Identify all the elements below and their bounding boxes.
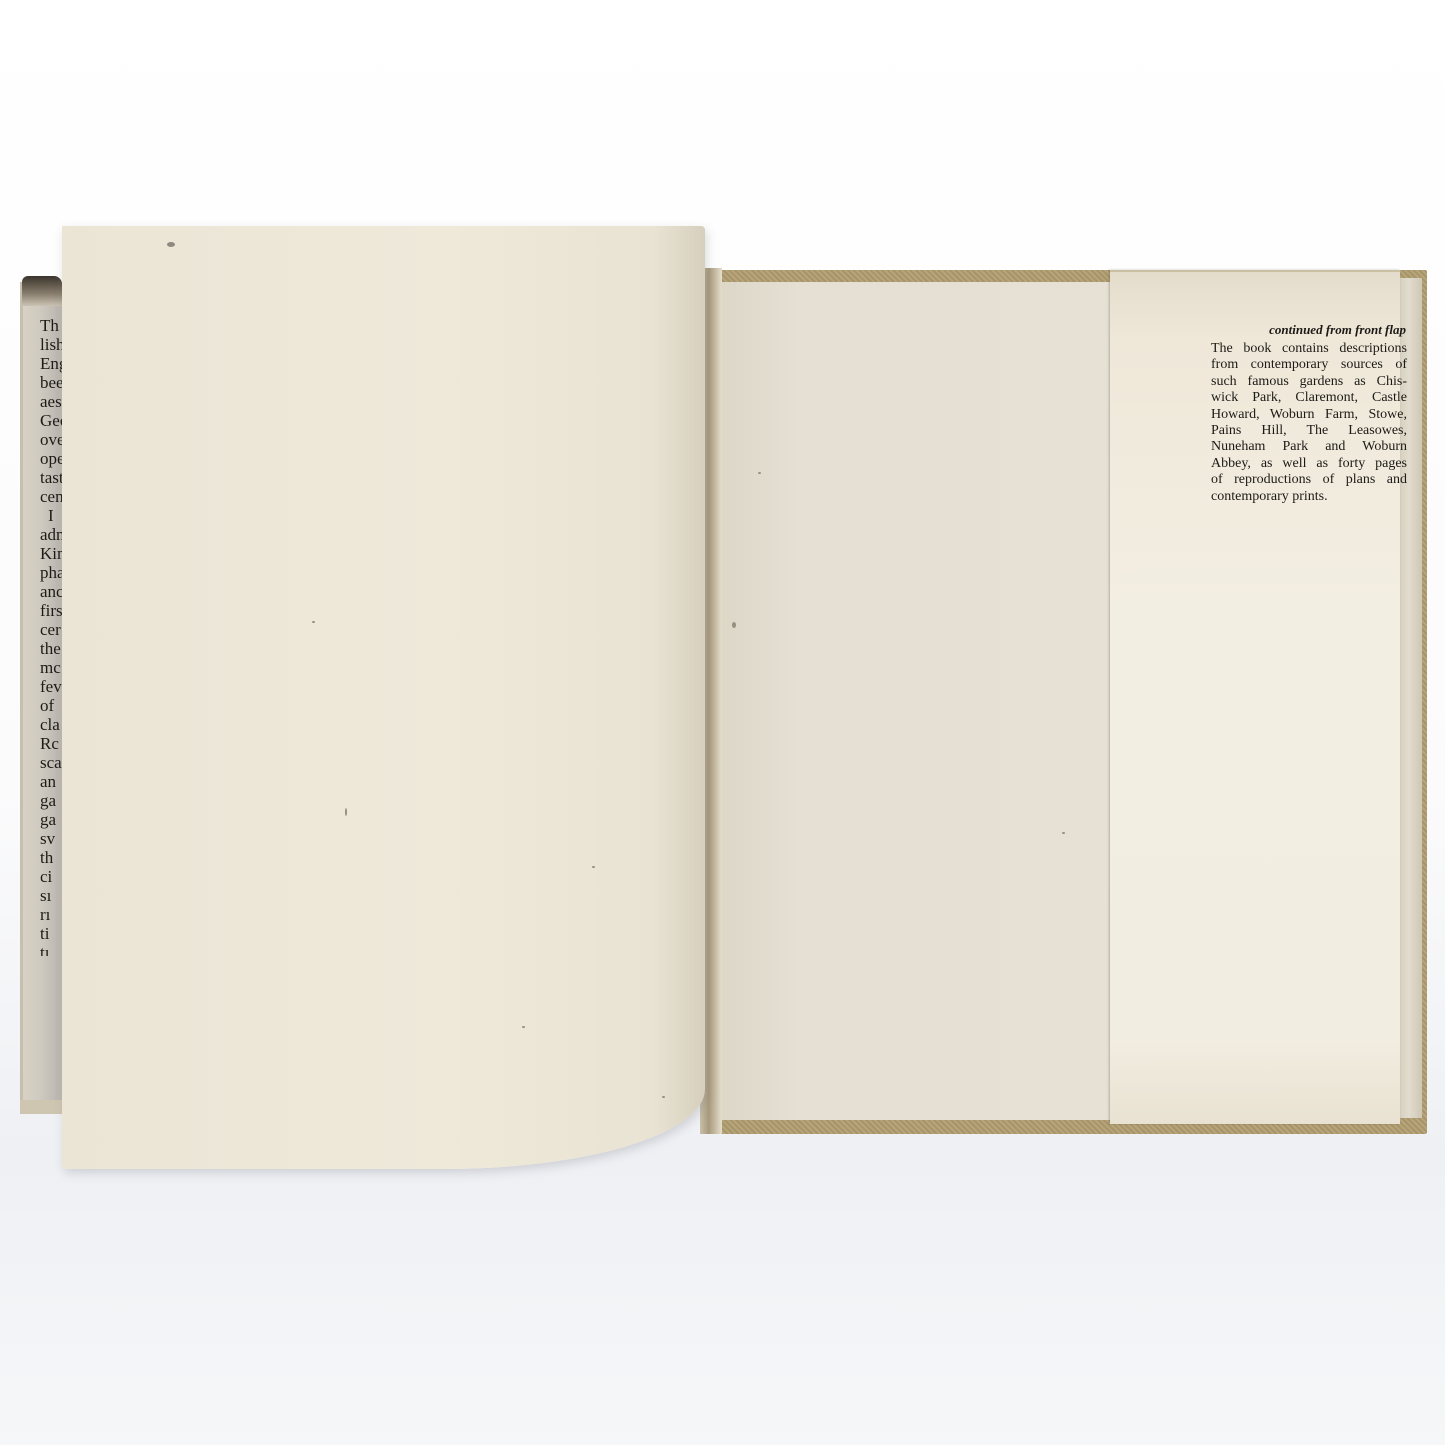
flap-line: such famous gardens as Chis- <box>1211 374 1407 390</box>
flap-line: Nuneham Park and Woburn <box>1211 439 1407 455</box>
paper-speck <box>522 1026 525 1028</box>
flap-body-text: The book contains descriptions from cont… <box>1211 341 1407 505</box>
paper-speck <box>1062 832 1065 834</box>
flap-line: from contemporary sources of <box>1211 357 1407 373</box>
paper-speck <box>167 242 175 247</box>
right-pastedown-page <box>722 282 1114 1120</box>
paper-speck <box>758 472 761 474</box>
torn-jacket-corner <box>22 276 62 306</box>
flap-line: contemporary prints. <box>1211 489 1407 505</box>
curled-blank-page[interactable] <box>62 226 705 1169</box>
flap-line: of reproductions of plans and <box>1211 472 1407 488</box>
flap-line: The book contains descriptions <box>1211 341 1407 357</box>
paper-speck <box>345 808 347 816</box>
paper-speck <box>312 621 315 623</box>
paper-speck <box>662 1096 665 1098</box>
flap-line: Abbey, as well as forty pages <box>1211 456 1407 472</box>
flap-line: Pains Hill, The Leasowes, <box>1211 423 1407 439</box>
paper-speck <box>592 866 595 868</box>
flap-heading: continued from front flap <box>1210 322 1406 338</box>
flap-line: wick Park, Claremont, Castle <box>1211 390 1407 406</box>
paper-speck <box>732 622 736 628</box>
flap-line: Howard, Woburn Farm, Stowe, <box>1211 407 1407 423</box>
